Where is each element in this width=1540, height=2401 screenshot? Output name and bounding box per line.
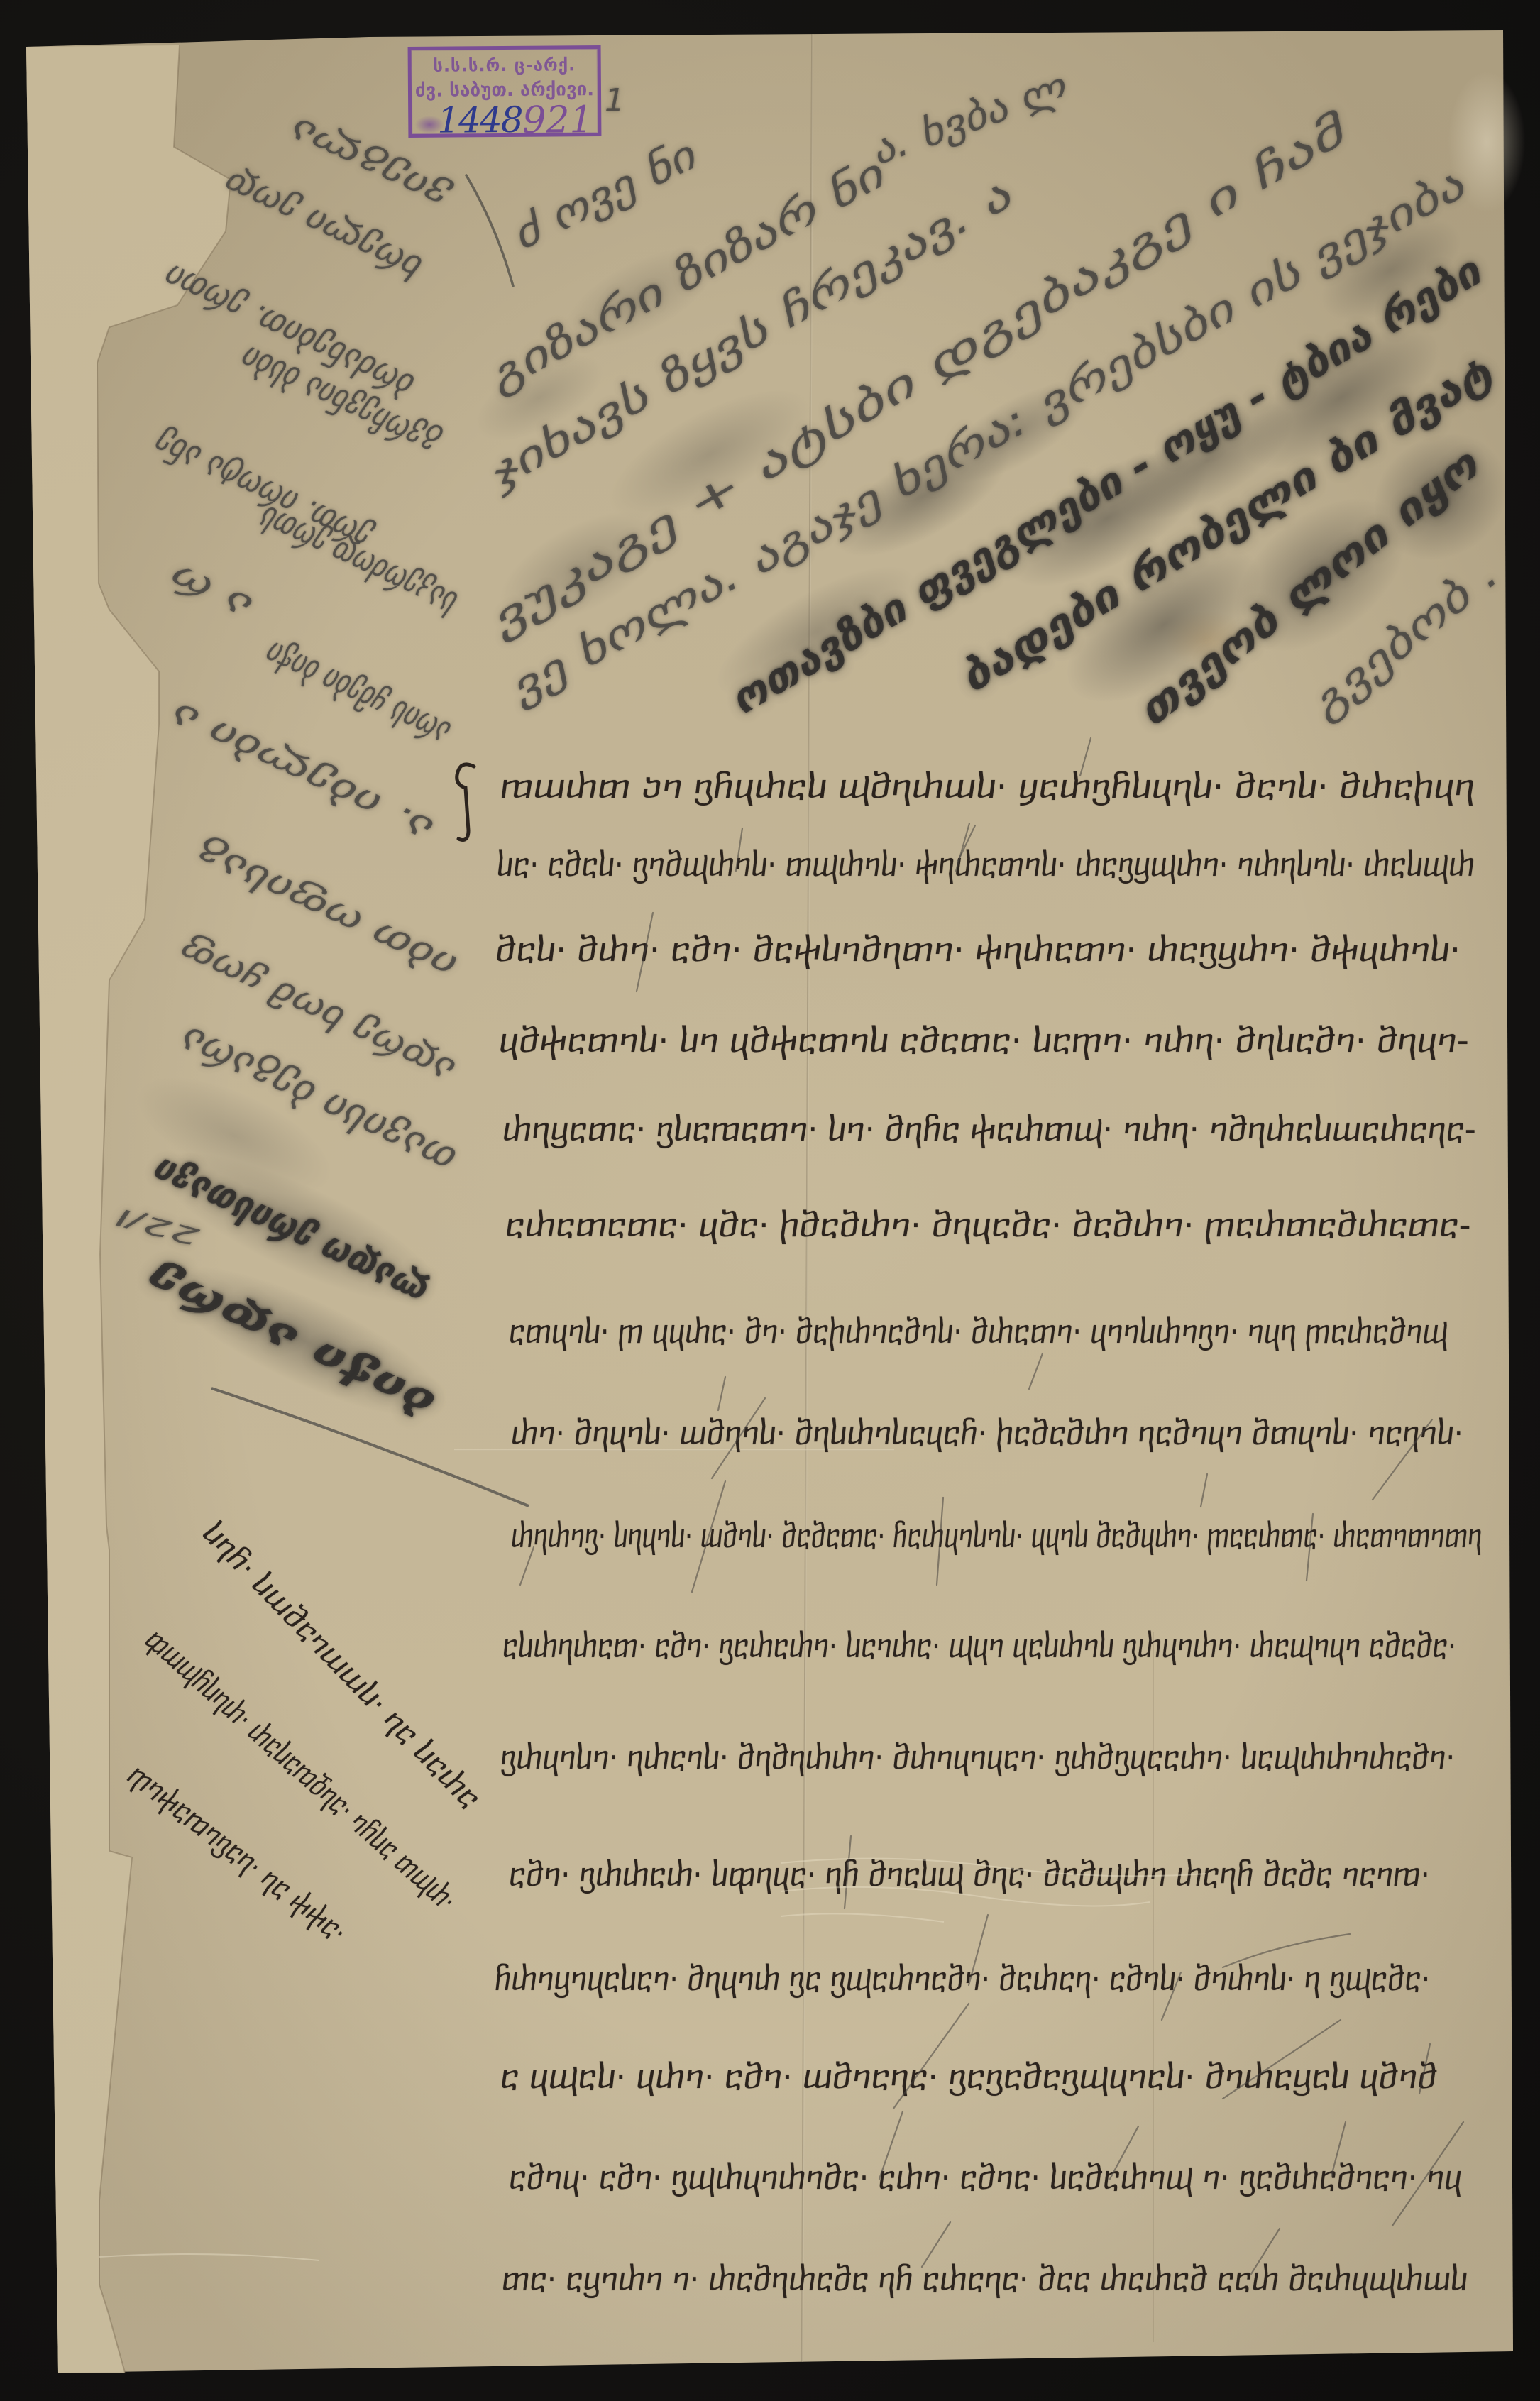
text-line: ⴐⴄⴁⴀⴇⴀ· ⴂⴑⴀⴊⴀⴇⴈ· ⴑⴈ· ⴋⴄⴌⴀ ⴕⴀⴐⴇⴓ· ⴈⴐⴄ· ⴈⴋ… — [502, 1101, 1476, 1158]
text-line-content: ⴀⴋⴈⴗ· ⴀⴋⴈ· ⴂⴓⴐⴗⴈⴐⴈⴋⴀ· ⴀⴐⴈ· ⴀⴋⴈⴀ· ⴑⴀⴋⴀⴐⴈⴓ… — [509, 2149, 1462, 2206]
text-line: ⴀⴇⴗⴈⴑ· ⴜ ⴗⴗⴐⴀ· ⴋⴈ· ⴋⴀⴙⴐⴈⴀⴋⴈⴑ· ⴋⴐⴀⴇⴈ· ⴗⴈⴈ… — [509, 1303, 1448, 1360]
scan-canvas: ს.ს.ს.რ. ც-არქ. ძვ. საბუთ. არქივი. 1448 … — [0, 0, 1540, 2401]
text-line-content: ⴀⴋⴈ· ⴂⴐⴐⴀⴐ· ⴑⴔⴄⴗⴀ· ⴄⴌ ⴋⴈⴀⴑⴓ ⴋⴄⴀ· ⴋⴀⴋⴓⴐⴈ … — [509, 1846, 1430, 1903]
text-line-content: ⴇⴀ· ⴀⴁⴈⴐⴈ ⴈ· ⴐⴀⴋⴄⴐⴀⴋⴀ ⴄⴌ ⴀⴐⴀⴄⴀ· ⴋⴀⴀ ⴐⴀⴐⴀ… — [502, 2251, 1468, 2307]
text-line: ⴌⴐⴈⴁⴈⴗⴀⴑⴀⴈ· ⴋⴄⴗⴈⴐ ⴂⴀ ⴂⴓⴀⴐⴈⴀⴋⴈ· ⴋⴀⴐⴀⴄ· ⴀⴋ… — [495, 1950, 1430, 2007]
text-line-content: ⴐⴄⴁⴀⴇⴀ· ⴂⴑⴀⴊⴀⴇⴈ· ⴑⴈ· ⴋⴄⴌⴀ ⴕⴀⴐⴇⴓ· ⴈⴐⴄ· ⴈⴋ… — [502, 1101, 1476, 1158]
text-line-content: ⴀⴑⴐⴄⴐⴀⴇ· ⴀⴋⴈ· ⴂⴀⴐⴀⴐⴈ· ⴑⴀⴈⴐⴀ· ⴓⴗⴈ ⴗⴀⴑⴐⴈⴑ … — [502, 1617, 1456, 1674]
text-line-content: ⴂⴐⴗⴈⴑⴈ· ⴄⴐⴀⴈⴑ· ⴋⴄⴋⴄⴐⴐⴈ· ⴋⴐⴈⴗⴈⴗⴀⴈ· ⴂⴐⴋⴂⴗⴀ… — [500, 1729, 1455, 1786]
text-line: ⴑⴀ· ⴀⴋⴀⴑ· ⴂⴈⴋⴓⴐⴈⴑ· ⴇⴓⴐⴈⴑ· ⴕⴄⴐⴀⴇⴈⴑ· ⴐⴀⴂⴁⴓ… — [497, 836, 1475, 893]
text-line: ⴀⴋⴈⴗ· ⴀⴋⴈ· ⴂⴓⴐⴗⴈⴐⴈⴋⴀ· ⴀⴐⴈ· ⴀⴋⴈⴀ· ⴑⴀⴋⴀⴐⴈⴓ… — [509, 2149, 1462, 2206]
text-line-content: ⴀ ⴗⴓⴀⴑ· ⴗⴐⴈ· ⴀⴋⴈ· ⴍⴋⴈⴀⴄⴀ· ⴂⴀⴂⴀⴋⴀⴂⴓⴗⴈⴀⴑ· … — [500, 2048, 1437, 2105]
archive-file-number-handwritten: 1448 — [437, 99, 522, 141]
text-line: ⴋⴀⴑ· ⴋⴐⴈ· ⴀⴋⴈ· ⴋⴀⴕⴑⴈⴋⴄⴇⴈ· ⴕⴄⴐⴀⴇⴈ· ⴐⴀⴂⴁⴐⴈ… — [495, 921, 1461, 978]
text-line: ⴀⴋⴈ· ⴂⴐⴐⴀⴐ· ⴑⴔⴄⴗⴀ· ⴄⴌ ⴋⴈⴀⴑⴓ ⴋⴄⴀ· ⴋⴀⴋⴓⴐⴈ … — [509, 1846, 1430, 1903]
text-line: ⴇⴀ· ⴀⴁⴈⴐⴈ ⴈ· ⴐⴀⴋⴄⴐⴀⴋⴀ ⴄⴌ ⴀⴐⴀⴄⴀ· ⴋⴀⴀ ⴐⴀⴐⴀ… — [502, 2251, 1468, 2307]
text-line: ⴐⴄⴐⴈⴂ· ⴑⴄⴗⴈⴑ· ⴍⴋⴈⴑ· ⴋⴀⴋⴀⴇⴀ· ⴌⴀⴐⴗⴈⴑⴈⴑ· ⴗⴗ… — [511, 1507, 1482, 1564]
stamp-line-1: ს.ს.ს.რ. ც-არქ. — [412, 55, 598, 76]
text-line-content: ⴀⴐⴀⴇⴀⴇⴀ· ⴗⴋⴀ· ⴙⴋⴀⴋⴐⴈ· ⴋⴄⴗⴀⴋⴀ· ⴋⴀⴋⴐⴈ· ⴜⴀⴐ… — [505, 1197, 1470, 1253]
text-line: ⴀⴑⴐⴄⴐⴀⴇ· ⴀⴋⴈ· ⴂⴀⴐⴀⴐⴈ· ⴑⴀⴈⴐⴀ· ⴓⴗⴈ ⴗⴀⴑⴐⴈⴑ … — [502, 1617, 1456, 1674]
text-line-content: ⴋⴀⴑ· ⴋⴐⴈ· ⴀⴋⴈ· ⴋⴀⴕⴑⴈⴋⴄⴇⴈ· ⴕⴄⴐⴀⴇⴈ· ⴐⴀⴂⴁⴐⴈ… — [495, 921, 1461, 978]
pencil-numeral-text: 1 — [605, 79, 625, 122]
archive-file-number-stamped: 921 — [522, 99, 593, 142]
stamp-line-2: ძვ. საბუთ. არქივი. — [412, 79, 598, 101]
text-line: ⴂⴐⴗⴈⴑⴈ· ⴄⴐⴀⴈⴑ· ⴋⴄⴋⴄⴐⴐⴈ· ⴋⴐⴈⴗⴈⴗⴀⴈ· ⴂⴐⴋⴂⴗⴀ… — [500, 1729, 1455, 1786]
text-line-content: ⴌⴐⴈⴁⴈⴗⴀⴑⴀⴈ· ⴋⴄⴗⴈⴐ ⴂⴀ ⴂⴓⴀⴐⴈⴀⴋⴈ· ⴋⴀⴐⴀⴄ· ⴀⴋ… — [495, 1950, 1430, 2007]
text-line: ⴊⴍⴐⴇ ⴢⴈ ⴂⴌⴗⴐⴀⴑ ⴓⴋⴄⴐⴍⴑ· ⴘⴀⴐⴂⴌⴑⴗⴄⴑ· ⴋⴀⴈⴑ· … — [500, 758, 1475, 815]
pencil-numeral-mark: 1 — [605, 79, 633, 122]
text-line-content: ⴊⴍⴐⴇ ⴢⴈ ⴂⴌⴗⴐⴀⴑ ⴓⴋⴄⴐⴍⴑ· ⴘⴀⴐⴂⴌⴑⴗⴄⴑ· ⴋⴀⴈⴑ· … — [500, 758, 1475, 815]
text-line: ⴐⴈ· ⴋⴄⴗⴈⴑ· ⴍⴋⴄⴈⴑ· ⴋⴄⴑⴐⴈⴑⴀⴗⴀⴌ· ⴙⴀⴋⴀⴋⴐⴈ ⴄⴀ… — [511, 1405, 1463, 1461]
text-line: ⴀⴐⴀⴇⴀⴇⴀ· ⴗⴋⴀ· ⴙⴋⴀⴋⴐⴈ· ⴋⴄⴗⴀⴋⴀ· ⴋⴀⴋⴐⴈ· ⴜⴀⴐ… — [505, 1197, 1470, 1253]
text-line-content: ⴑⴀ· ⴀⴋⴀⴑ· ⴂⴈⴋⴓⴐⴈⴑ· ⴇⴓⴐⴈⴑ· ⴕⴄⴐⴀⴇⴈⴑ· ⴐⴀⴂⴁⴓ… — [497, 836, 1475, 893]
text-line-content: ⴀⴇⴗⴈⴑ· ⴜ ⴗⴗⴐⴀ· ⴋⴈ· ⴋⴀⴙⴐⴈⴀⴋⴈⴑ· ⴋⴐⴀⴇⴈ· ⴗⴈⴈ… — [509, 1303, 1448, 1360]
text-line-content: ⴐⴈ· ⴋⴄⴗⴈⴑ· ⴍⴋⴄⴈⴑ· ⴋⴄⴑⴐⴈⴑⴀⴗⴀⴌ· ⴙⴀⴋⴀⴋⴐⴈ ⴄⴀ… — [511, 1405, 1463, 1461]
text-line: ⴗⴋⴕⴀⴇⴈⴑ· ⴑⴈ ⴗⴋⴕⴀⴇⴈⴑ ⴀⴋⴀⴇⴀ· ⴑⴀⴅⴈ· ⴈⴐⴄ· ⴋⴄ… — [499, 1012, 1469, 1069]
text-line: ⴀ ⴗⴓⴀⴑ· ⴗⴐⴈ· ⴀⴋⴈ· ⴍⴋⴈⴀⴄⴀ· ⴂⴀⴂⴀⴋⴀⴂⴓⴗⴈⴀⴑ· … — [500, 2048, 1437, 2105]
text-line-content: ⴐⴄⴐⴈⴂ· ⴑⴄⴗⴈⴑ· ⴍⴋⴈⴑ· ⴋⴀⴋⴀⴇⴀ· ⴌⴀⴐⴗⴈⴑⴈⴑ· ⴗⴗ… — [511, 1507, 1482, 1564]
archive-stamp: ს.ს.ს.რ. ც-არქ. ძვ. საბუთ. არქივი. 1448 … — [408, 45, 602, 138]
text-line-content: ⴗⴋⴕⴀⴇⴈⴑ· ⴑⴈ ⴗⴋⴕⴀⴇⴈⴑ ⴀⴋⴀⴇⴀ· ⴑⴀⴅⴈ· ⴈⴐⴄ· ⴋⴄ… — [499, 1012, 1469, 1069]
